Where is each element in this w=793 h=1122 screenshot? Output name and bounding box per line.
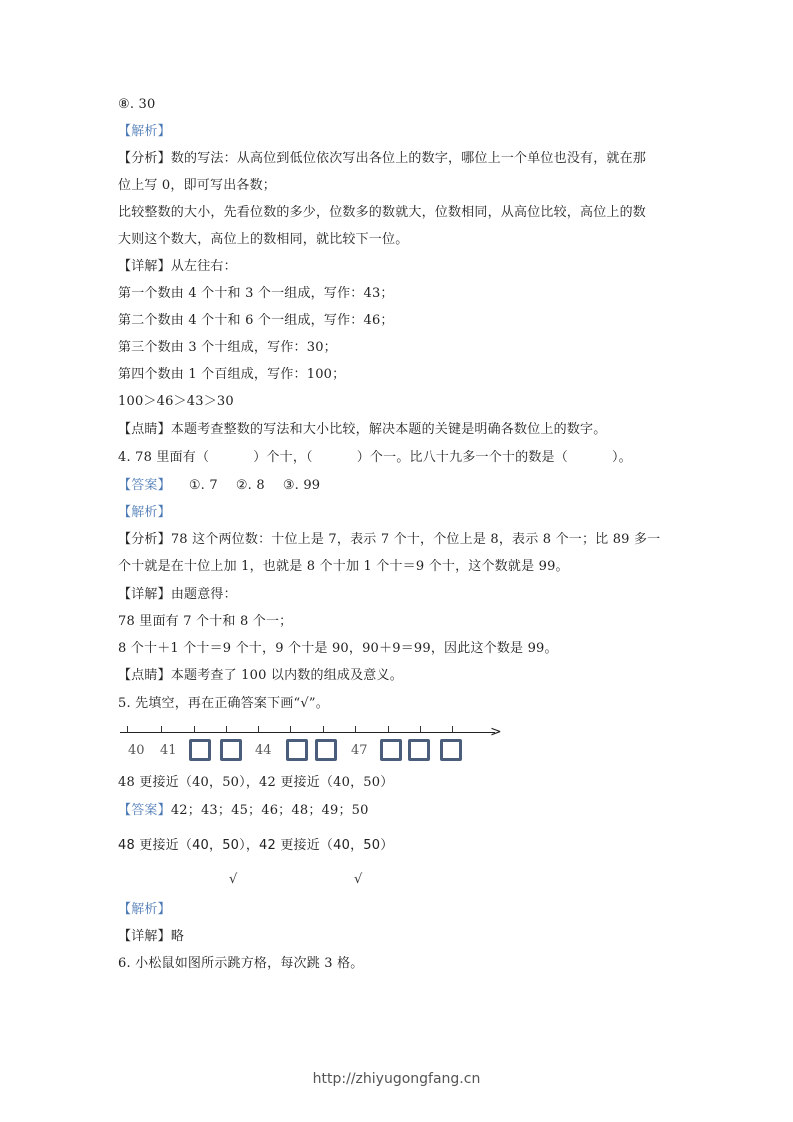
fenxi-line-1: 【分析】78 这个两位数：十位上是 7，表示 7 个十，个位上是 8，表示 8 … (118, 532, 660, 548)
xiangjie-intro: 从左往右： (171, 259, 237, 274)
tick (258, 726, 259, 733)
answer-closer-prompt: 48 更接近（40，50），42 更接近（40，50） (118, 838, 393, 854)
number-label-47: 47 (351, 743, 368, 758)
dianjing-line: 【点睛】本题考查了 100 以内数的组成及意义。 (118, 668, 403, 684)
fenxi-text: 78 这个两位数：十位上是 7，表示 7 个十，个位上是 8，表示 8 个一；比… (171, 532, 661, 547)
answer-tag: 【答案】 (118, 478, 171, 493)
tick (194, 726, 195, 733)
answer-box (408, 739, 430, 761)
tick (420, 726, 421, 733)
answer-box (286, 739, 308, 761)
answer-box (220, 739, 242, 761)
answer-tag: 【答案】 (118, 803, 171, 818)
comparison-line: 100＞46＞43＞30 (118, 394, 234, 410)
number-label-40: 40 (128, 743, 145, 758)
answer-box (380, 739, 402, 761)
q4-answer-line: 【答案】①. 7②. 8③. 99 (118, 478, 320, 494)
analysis-tag: 【解析】 (118, 902, 171, 918)
dianjing-tag: 【点睛】 (118, 422, 171, 437)
dianjing-tag: 【点睛】 (118, 668, 171, 683)
tick (290, 726, 291, 733)
arrow-right-icon: > (490, 725, 502, 739)
question-4: 4. 78 里面有（）个十，（）个一。比八十九多一个十的数是（）。 (118, 450, 632, 466)
number-line: > 40 41 44 47 (118, 718, 508, 768)
dianjing-text: 本题考查了 100 以内数的组成及意义。 (171, 668, 403, 683)
number-label-41: 41 (160, 743, 177, 758)
fenxi-line-1: 【分析】数的写法：从高位到低位依次写出各位上的数字，哪位上一个单位也没有，就在那 (118, 151, 646, 167)
check-mark-icon: √ (229, 872, 237, 887)
xiangjie-line: 【详解】由题意得： (118, 587, 237, 603)
tick (127, 726, 128, 733)
footer-url[interactable]: http://zhiyugongfang.cn (0, 1071, 793, 1087)
q4-part1: 4. 78 里面有（ (118, 450, 209, 465)
answer-box (440, 739, 462, 761)
detail-line: 第一个数由 4 个十和 3 个一组成，写作：43； (118, 286, 394, 302)
detail-line: 78 里面有 7 个十和 8 个一； (118, 614, 292, 630)
xiangjie-line: 【详解】从左往右： (118, 259, 237, 275)
number-line-axis (120, 732, 495, 733)
xiangjie-text: 略 (171, 929, 184, 944)
number-label-44: 44 (255, 743, 272, 758)
analysis-tag: 【解析】 (118, 124, 171, 140)
fenxi-tag: 【分析】 (118, 532, 171, 547)
answer-values: 42；43；45；46；48；49；50 (171, 803, 369, 818)
answer-item-8: ⑧. 30 (118, 97, 155, 113)
tick (355, 726, 356, 733)
closer-prompt: 48 更接近（40，50），42 更接近（40，50） (118, 775, 393, 791)
answer-3: ③. 99 (283, 478, 320, 493)
answer-box (315, 739, 337, 761)
xiangjie-tag: 【详解】 (118, 587, 171, 602)
analysis-tag: 【解析】 (118, 505, 171, 521)
fenxi-line-3: 比较整数的大小，先看位数的多少，位数多的数就大，位数相同，从高位比较，高位上的数 (118, 205, 646, 221)
detail-line: 8 个十＋1 个十＝9 个十，9 个十是 90，90＋9＝99，因此这个数是 9… (118, 641, 558, 657)
question-6: 6. 小松鼠如图所示跳方格，每次跳 3 格。 (118, 956, 363, 972)
q4-part3: ）个一。比八十九多一个十的数是（ (357, 450, 568, 465)
fenxi-text: 数的写法：从高位到低位依次写出各位上的数字，哪位上一个单位也没有，就在那 (171, 151, 646, 166)
detail-line: 第二个数由 4 个十和 6 个一组成，写作：46； (118, 313, 394, 329)
xiangjie-line: 【详解】略 (118, 929, 184, 945)
tick (161, 726, 162, 733)
dianjing-line: 【点睛】本题考查整数的写法和大小比较，解决本题的关键是明确各数位上的数字。 (118, 422, 606, 438)
q4-part4: ）。 (612, 450, 632, 465)
tick (226, 726, 227, 733)
tick (452, 726, 453, 733)
tick (388, 726, 389, 733)
fenxi-tag: 【分析】 (118, 151, 171, 166)
answer-1: ①. 7 (189, 478, 218, 493)
tick (323, 726, 324, 733)
dianjing-text: 本题考查整数的写法和大小比较，解决本题的关键是明确各数位上的数字。 (171, 422, 607, 437)
q5-answer-line: 【答案】42；43；45；46；48；49；50 (118, 803, 369, 819)
answer-2: ②. 8 (236, 478, 265, 493)
fenxi-line-2: 位上写 0，即可写出各数； (118, 178, 276, 194)
answer-box (189, 739, 211, 761)
q4-part2: ）个十，（ (253, 450, 313, 465)
detail-line: 第四个数由 1 个百组成，写作：100； (118, 367, 345, 383)
detail-line: 第三个数由 3 个十组成，写作：30； (118, 340, 337, 356)
check-mark-icon: √ (354, 872, 362, 887)
fenxi-line-2: 个十就是在十位上加 1，也就是 8 个十加 1 个十＝9 个十，这个数就是 99… (118, 559, 569, 575)
fenxi-line-4: 大则这个数大，高位上的数相同，就比较下一位。 (118, 232, 408, 248)
question-5: 5. 先填空，再在正确答案下画“√”。 (118, 696, 329, 712)
xiangjie-tag: 【详解】 (118, 929, 171, 944)
xiangjie-intro: 由题意得： (171, 587, 237, 602)
xiangjie-tag: 【详解】 (118, 259, 171, 274)
